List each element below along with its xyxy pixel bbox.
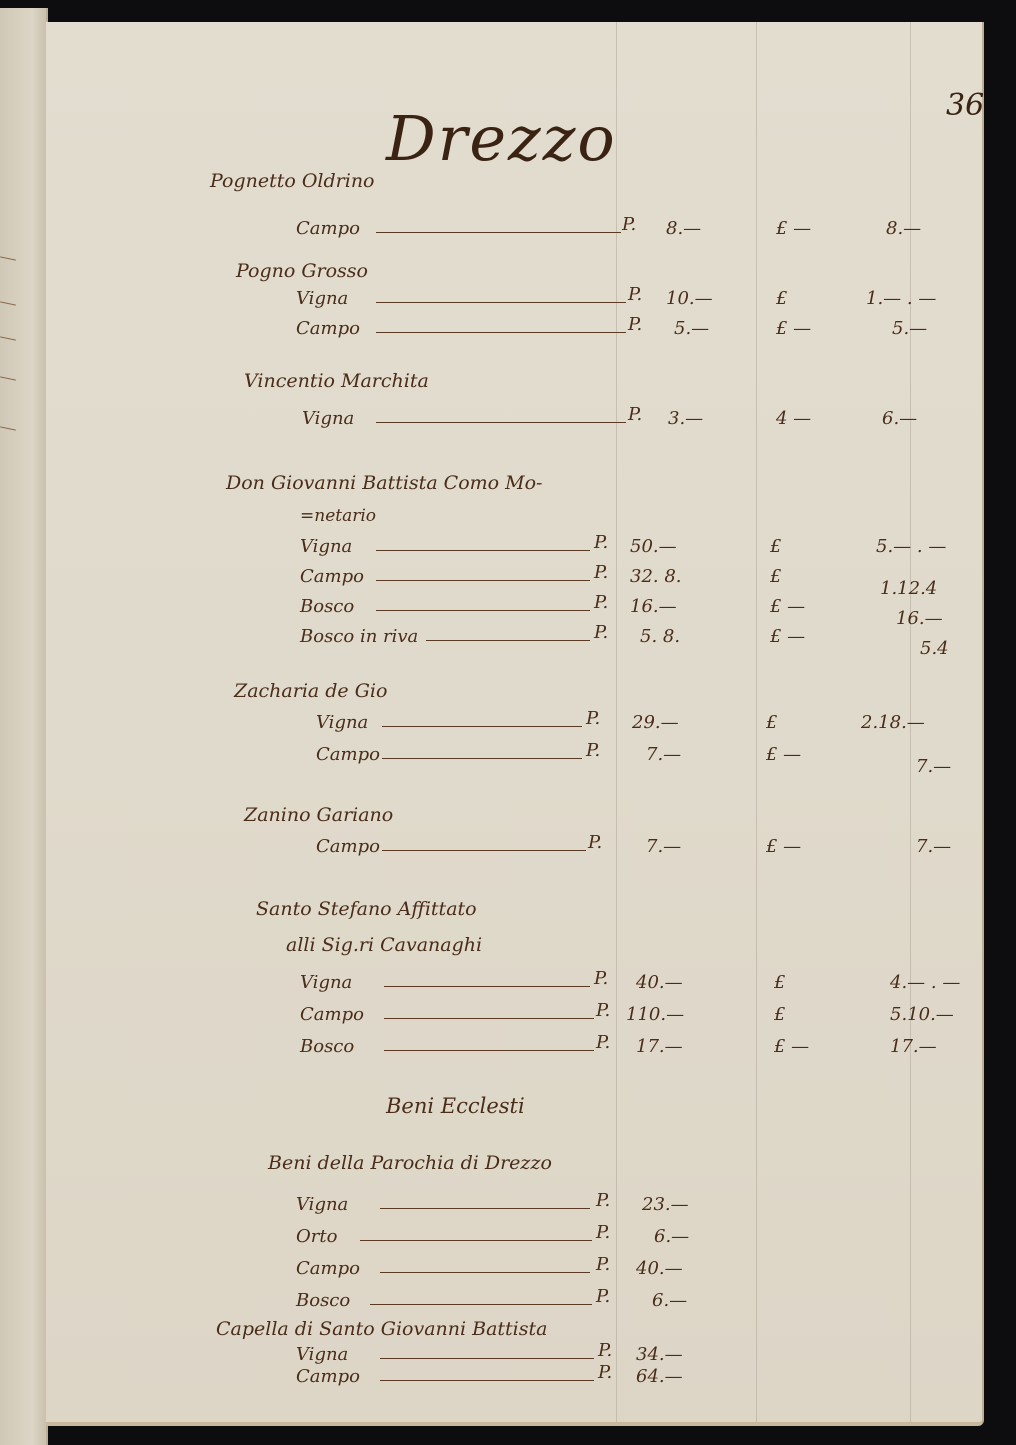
value-col3: 2.18.— bbox=[861, 712, 925, 733]
land-row: Vigna P. 29.— £ 2.18.— bbox=[316, 712, 1016, 736]
owner-name: Zacharia de Gio bbox=[234, 680, 387, 702]
value-col1: 5. 8. bbox=[640, 626, 680, 647]
value-col1: 34.— bbox=[636, 1344, 683, 1365]
owner-name: Pognetto Oldrino bbox=[210, 170, 375, 192]
land-type: Bosco bbox=[300, 596, 354, 617]
owner-name: Beni della Parochia di Drezzo bbox=[268, 1152, 552, 1174]
value-col1: 7.— bbox=[646, 836, 681, 857]
leader-line bbox=[380, 1272, 590, 1273]
value-col3: 1.— . — bbox=[866, 288, 936, 309]
value-col1: 110.— bbox=[626, 1004, 684, 1025]
unit: P. bbox=[594, 622, 608, 643]
owner-name: Don Giovanni Battista Como Mo- bbox=[226, 472, 542, 494]
value-col1: 17.— bbox=[636, 1036, 683, 1057]
value-col1: 7.— bbox=[646, 744, 681, 765]
value-col1: 10.— bbox=[666, 288, 713, 309]
land-row: Bosco P. 16.— £ — 16.— bbox=[300, 596, 1000, 620]
land-row: Vigna P. 50.— £ 5.— . — bbox=[300, 536, 1000, 560]
land-row: Campo P. 7.— £ — 7.— bbox=[316, 836, 1016, 860]
value-col2: £ — bbox=[766, 744, 801, 765]
land-type: Campo bbox=[300, 1004, 364, 1025]
unit: P. bbox=[594, 592, 608, 613]
land-type: Campo bbox=[300, 566, 364, 587]
value-col3: 6.— bbox=[882, 408, 917, 429]
value-col1: 6.— bbox=[652, 1290, 687, 1311]
land-type: Campo bbox=[296, 218, 360, 239]
value-col3: 5.— . — bbox=[876, 536, 946, 557]
unit: P. bbox=[594, 562, 608, 583]
value-col2: £ bbox=[770, 536, 781, 557]
manuscript-page: Drezzo 36 Pognetto Oldrino Campo P. 8.— … bbox=[46, 22, 984, 1426]
land-row: Bosco in riva P. 5. 8. £ — 5.4 bbox=[300, 626, 1000, 650]
value-col3: 7.— bbox=[916, 756, 951, 777]
facing-page-edge bbox=[0, 8, 48, 1445]
land-row: Vigna P. 34.— bbox=[296, 1344, 796, 1368]
ink-mark bbox=[0, 301, 16, 305]
land-row: Bosco P. 6.— bbox=[296, 1290, 796, 1314]
land-row: Orto P. 6.— bbox=[296, 1226, 796, 1250]
leader-line bbox=[376, 422, 626, 423]
value-col3: 8.— bbox=[886, 218, 921, 239]
folio-number: 36 bbox=[946, 88, 984, 123]
value-col3: 17.— bbox=[890, 1036, 937, 1057]
value-col1: 6.— bbox=[654, 1226, 689, 1247]
owner-name: Vincentio Marchita bbox=[244, 370, 429, 392]
leader-line bbox=[380, 1208, 590, 1209]
land-type: Vigna bbox=[296, 288, 348, 309]
unit: P. bbox=[596, 1032, 610, 1053]
value-col1: 16.— bbox=[630, 596, 677, 617]
leader-line bbox=[376, 232, 621, 233]
land-type: Vigna bbox=[302, 408, 354, 429]
page-title: Drezzo bbox=[386, 102, 617, 175]
value-col1: 50.— bbox=[630, 536, 677, 557]
unit: P. bbox=[594, 532, 608, 553]
leader-line bbox=[376, 580, 590, 581]
land-row: Vigna P. 40.— £ 4.— . — bbox=[300, 972, 1000, 996]
section-heading: Beni Ecclesti bbox=[386, 1094, 525, 1118]
value-col2: £ — bbox=[774, 1036, 809, 1057]
unit: P. bbox=[586, 740, 600, 761]
value-col2: £ — bbox=[776, 218, 811, 239]
land-row: Bosco P. 17.— £ — 17.— bbox=[300, 1036, 1000, 1060]
value-col3: 5.4 bbox=[920, 638, 949, 659]
leader-line bbox=[382, 726, 582, 727]
ink-mark bbox=[0, 256, 16, 260]
ink-mark bbox=[0, 336, 16, 340]
unit: P. bbox=[628, 284, 642, 305]
value-col2: £ bbox=[774, 1004, 785, 1025]
leader-line bbox=[382, 758, 582, 759]
leader-line bbox=[370, 1304, 592, 1305]
land-row: Campo P. 32. 8. £ 1.12.4 bbox=[300, 566, 1000, 590]
land-row: Campo P. 64.— bbox=[296, 1366, 796, 1390]
land-row: Campo P. 5.— £ — 5.— bbox=[296, 318, 996, 342]
land-row: Campo P. 40.— bbox=[296, 1258, 796, 1282]
leader-line bbox=[376, 610, 590, 611]
leader-line bbox=[426, 640, 590, 641]
unit: P. bbox=[628, 404, 642, 425]
value-col1: 8.— bbox=[666, 218, 701, 239]
land-row: Vigna P. 23.— bbox=[296, 1194, 796, 1218]
value-col2: £ bbox=[774, 972, 785, 993]
land-row: Campo P. 7.— £ — 7.— bbox=[316, 744, 1016, 768]
land-row: Vigna P. 3.— 4 — 6.— bbox=[302, 408, 1002, 432]
ink-mark bbox=[0, 426, 16, 430]
value-col2: 4 — bbox=[776, 408, 811, 429]
land-type: Campo bbox=[296, 1366, 360, 1387]
unit: P. bbox=[586, 708, 600, 729]
value-col2: £ — bbox=[776, 318, 811, 339]
land-type: Bosco bbox=[296, 1290, 350, 1311]
leader-line bbox=[382, 850, 586, 851]
owner-name-continuation: =netario bbox=[300, 506, 376, 526]
leader-line bbox=[376, 332, 626, 333]
value-col1: 64.— bbox=[636, 1366, 683, 1387]
value-col1: 40.— bbox=[636, 972, 683, 993]
land-row: Campo P. 8.— £ — 8.— bbox=[296, 218, 996, 242]
leader-line bbox=[384, 986, 590, 987]
owner-name: Pogno Grosso bbox=[236, 260, 368, 282]
unit: P. bbox=[596, 1286, 610, 1307]
land-type: Vigna bbox=[300, 536, 352, 557]
leader-line bbox=[380, 1358, 594, 1359]
value-col2: £ bbox=[766, 712, 777, 733]
leader-line bbox=[376, 550, 590, 551]
value-col1: 3.— bbox=[668, 408, 703, 429]
unit: P. bbox=[596, 1222, 610, 1243]
land-type: Campo bbox=[316, 744, 380, 765]
leader-line bbox=[380, 1380, 594, 1381]
land-row: Campo P. 110.— £ 5.10.— bbox=[300, 1004, 1000, 1028]
unit: P. bbox=[622, 214, 636, 235]
value-col3: 4.— . — bbox=[890, 972, 960, 993]
unit: P. bbox=[596, 1000, 610, 1021]
value-col2: £ bbox=[776, 288, 787, 309]
value-col1: 40.— bbox=[636, 1258, 683, 1279]
land-type: Vigna bbox=[300, 972, 352, 993]
owner-name-continuation: alli Sig.ri Cavanaghi bbox=[286, 934, 482, 956]
leader-line bbox=[384, 1018, 594, 1019]
leader-line bbox=[384, 1050, 594, 1051]
value-col2: £ — bbox=[770, 596, 805, 617]
value-col1: 29.— bbox=[632, 712, 679, 733]
value-col2: £ — bbox=[766, 836, 801, 857]
land-type: Bosco bbox=[300, 1036, 354, 1057]
land-type: Vigna bbox=[296, 1194, 348, 1215]
ink-mark bbox=[0, 376, 16, 380]
leader-line bbox=[360, 1240, 592, 1241]
value-col2: £ — bbox=[770, 626, 805, 647]
value-col1: 5.— bbox=[674, 318, 709, 339]
value-col1: 23.— bbox=[642, 1194, 689, 1215]
land-type: Bosco in riva bbox=[300, 626, 418, 647]
value-col3: 7.— bbox=[916, 836, 951, 857]
land-type: Vigna bbox=[296, 1344, 348, 1365]
unit: P. bbox=[598, 1362, 612, 1383]
unit: P. bbox=[588, 832, 602, 853]
owner-name: Zanino Gariano bbox=[244, 804, 393, 826]
value-col3: 5.— bbox=[892, 318, 927, 339]
unit: P. bbox=[628, 314, 642, 335]
land-row: Vigna P. 10.— £ 1.— . — bbox=[296, 288, 996, 312]
unit: P. bbox=[598, 1340, 612, 1361]
land-type: Campo bbox=[296, 318, 360, 339]
unit: P. bbox=[596, 1190, 610, 1211]
land-type: Campo bbox=[296, 1258, 360, 1279]
owner-name: Capella di Santo Giovanni Battista bbox=[216, 1318, 547, 1340]
value-col3: 5.10.— bbox=[890, 1004, 954, 1025]
land-type: Campo bbox=[316, 836, 380, 857]
land-type: Orto bbox=[296, 1226, 337, 1247]
value-col1: 32. 8. bbox=[630, 566, 682, 587]
unit: P. bbox=[596, 1254, 610, 1275]
land-type: Vigna bbox=[316, 712, 368, 733]
leader-line bbox=[376, 302, 626, 303]
owner-name: Santo Stefano Affittato bbox=[256, 898, 477, 920]
value-col2: £ bbox=[770, 566, 781, 587]
unit: P. bbox=[594, 968, 608, 989]
